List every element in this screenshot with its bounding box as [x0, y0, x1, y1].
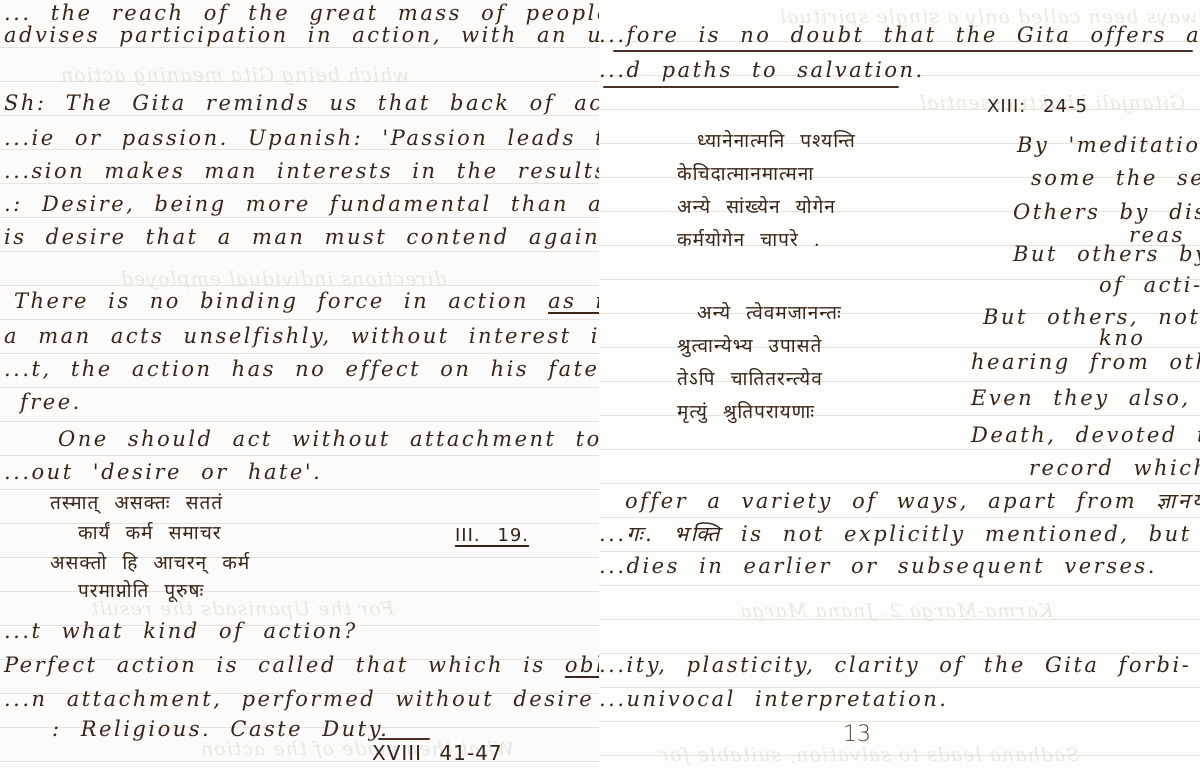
- sanskrit-line: परमाप्नोति पूरुषः: [78, 578, 204, 604]
- sanskrit-line: ध्यानेनात्मनि पश्यन्ति: [697, 128, 856, 154]
- sanskrit-line: कर्मयोगेन चापरे .: [677, 227, 821, 253]
- handwritten-line: a man acts unselfishly, without interest…: [4, 323, 599, 349]
- underlined-phrase: as itself: [548, 289, 599, 313]
- translation-line: Death, devoted to the -: [971, 422, 1200, 448]
- underlined-phrase: obligatory: [565, 653, 599, 677]
- handwritten-line: ...गः. भक्ति is not explicitly mentioned…: [599, 521, 1192, 547]
- sanskrit-line: केचिदात्मानमात्मना: [677, 161, 814, 187]
- right-notebook-page: always been called only a single spiritu…: [599, 0, 1200, 768]
- handwritten-line: One should act without attachment to the: [58, 426, 599, 452]
- verse-reference-xviii-41-47: XVIII 41-47: [372, 740, 503, 766]
- translation-line: By 'meditation' in the: [1017, 132, 1200, 158]
- handwritten-line: is desire that a man must contend agains…: [4, 224, 599, 250]
- show-through-text: Karma-Marga 2. Jnana Marga: [739, 600, 1053, 622]
- handwritten-line: : Religious. Caste Duty.: [52, 716, 389, 742]
- verse-reference-xiii-24-5: XIII: 24-5: [987, 94, 1088, 120]
- verse-reference-iii-19: III. 19.: [455, 523, 529, 549]
- handwritten-line: ...t what kind of action?: [4, 618, 358, 644]
- sanskrit-line: अन्ये सांख्येन योगेन: [677, 194, 836, 220]
- handwritten-line: ...univocal interpretation.: [599, 686, 949, 712]
- sanskrit-line: असक्तो हि आचरन् कर्म: [50, 550, 250, 576]
- handwritten-line: ...ity, plasticity, clarity of the Gita …: [599, 652, 1191, 678]
- sanskrit-line: तेऽपि चातितरन्त्येव: [677, 366, 823, 392]
- handwritten-line: ...fore is no doubt that the Gita offers…: [599, 22, 1200, 48]
- handwritten-line: Sh: The Gita reminds us that back of act…: [4, 90, 599, 116]
- handwritten-line: offer a variety of ways, apart from ज्ञा…: [625, 488, 1200, 514]
- handwritten-line: Perfect action is called that which is o…: [4, 652, 599, 678]
- handwritten-line: ...ie or passion. Upanish: 'Passion lead…: [4, 125, 599, 151]
- sanskrit-line: श्रुत्वान्येभ्य उपासते: [677, 333, 822, 359]
- translation-line: But others, not havi-: [983, 304, 1200, 330]
- sanskrit-line: तस्मात् असक्तः सततं: [50, 490, 223, 516]
- handwritten-line: advises participation in action, with an…: [4, 22, 599, 48]
- translation-line: hearing from others, rever-: [971, 349, 1200, 375]
- handwritten-line: ...t, the action has no effect on his fa…: [4, 356, 599, 382]
- sanskrit-line: मृत्युं श्रुतिपरायणाः: [677, 399, 815, 425]
- show-through-text: which being Gita meaning action: [60, 64, 409, 86]
- handwritten-line: ...sion makes man interests in the resul…: [4, 158, 599, 184]
- sanskrit-line: अन्ये त्वेवमजानन्तः: [697, 300, 842, 326]
- sanskrit-line: कार्यं कर्म समाचर: [78, 520, 222, 546]
- left-notebook-page: which being Gita meaning action directio…: [0, 0, 599, 768]
- handwritten-line: There is no binding force in action as i…: [14, 288, 599, 314]
- show-through-text: Sadhana leads to salvation, suitable for: [659, 744, 1079, 766]
- translation-line: some the self by: [1031, 165, 1200, 191]
- handwritten-line: .: Desire, being more fundamental than a…: [4, 191, 599, 217]
- translation-line: Even they also, neverth-: [971, 385, 1200, 411]
- handwritten-line: free.: [20, 389, 82, 415]
- translation-line: kno: [1099, 325, 1145, 351]
- underline-stroke: [603, 86, 899, 88]
- handwritten-line: ...out 'desire or hate'.: [4, 459, 322, 485]
- handwritten-line: ...dies in earlier or subsequent verses.: [599, 553, 1157, 579]
- translation-line: But others by dis-: [1013, 241, 1200, 267]
- handwritten-line: ...n attachment, performed without desir…: [4, 686, 599, 712]
- show-through-text: directions individual employed: [120, 268, 447, 290]
- translation-line: record which h-: [1029, 455, 1200, 481]
- handwritten-line: ...d paths to salvation.: [599, 57, 925, 83]
- page-number: 13: [843, 722, 871, 747]
- translation-line: of acti-: [1099, 272, 1200, 298]
- underline-stroke: [613, 50, 1193, 52]
